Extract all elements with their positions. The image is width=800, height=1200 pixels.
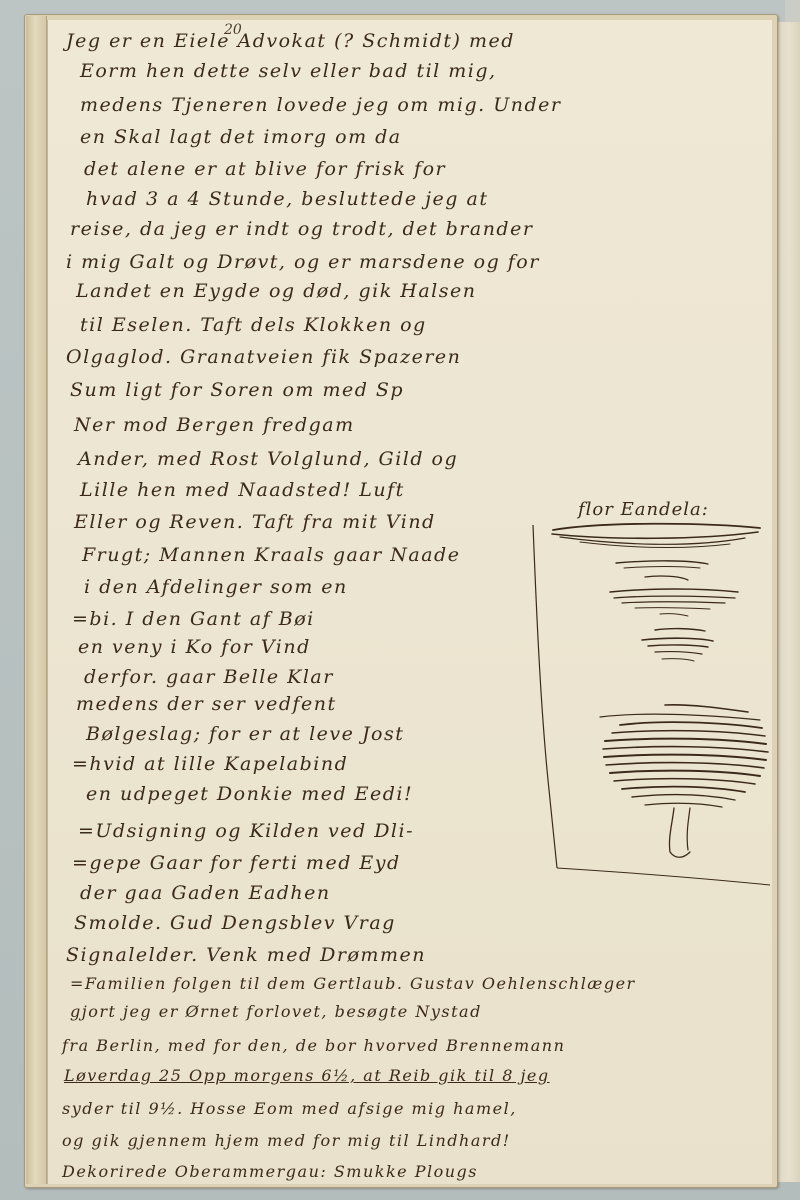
text-line: Ner mod Bergen fredgam	[74, 414, 355, 436]
sketch-caption: flor Eandela:	[578, 499, 709, 520]
text-line: hvad 3 a 4 Stunde, besluttede jeg at	[86, 188, 488, 210]
text-line: Landet en Eygde og død, gik Halsen	[76, 280, 476, 302]
text-line: Sum ligt for Soren om med Sp	[70, 379, 404, 401]
text-line: i mig Galt og Drøvt, og er marsdene og f…	[66, 251, 540, 273]
text-line: =gepe Gaar for ferti med Eyd	[72, 852, 401, 874]
text-line: reise, da jeg er indt og trodt, det bran…	[70, 218, 533, 240]
text-line: Ander, med Rost Volglund, Gild og	[78, 448, 458, 470]
text-line: i den Afdelinger som en	[84, 576, 348, 598]
text-line: syder til 9½. Hosse Eom med afsige mig h…	[62, 1099, 517, 1118]
text-line-observation: Dekorirede Oberammergau: Smukke Plougs	[62, 1162, 478, 1181]
text-line: medens Tjeneren lovede jeg om mig. Under	[80, 94, 561, 116]
text-line: fra Berlin, med for den, de bor hvorved …	[62, 1036, 565, 1055]
text-line: Eller og Reven. Taft fra mit Vind	[74, 511, 436, 533]
text-line: Frugt; Mannen Kraals gaar Naade	[82, 544, 460, 566]
text-line: Eorm hen dette selv eller bad til mig,	[80, 60, 497, 82]
text-line: derfor. gaar Belle Klar	[84, 666, 334, 688]
text-line: Signalelder. Venk med Drømmen	[66, 944, 426, 966]
text-line-dated-entry: Løverdag 25 Opp morgens 6½, at Reib gik …	[64, 1066, 550, 1085]
text-line: og gik gjennem hjem med for mig til Lind…	[62, 1131, 511, 1150]
text-line: det alene er at blive for frisk for	[84, 158, 446, 180]
text-line: Jeg er en Eiele Advokat (? Schmidt) med	[66, 30, 515, 52]
text-line: =Familien folgen til dem Gertlaub. Gusta…	[70, 974, 636, 993]
text-line: Bølgeslag; for er at leve Jost	[86, 723, 404, 745]
text-line: Smolde. Gud Dengsblev Vrag	[74, 912, 396, 934]
text-line: medens der ser vedfent	[76, 693, 337, 715]
text-line: gjort jeg er Ørnet forlovet, besøgte Nys…	[70, 1002, 482, 1021]
text-line: en veny i Ko for Vind	[78, 636, 311, 658]
text-line: der gaa Gaden Eadhen	[80, 882, 331, 904]
text-line: Lille hen med Naadsted! Luft	[80, 479, 405, 501]
notebook-binding	[26, 16, 47, 1184]
text-line: en udpeget Donkie med Eedi!	[86, 783, 413, 805]
text-line: =Udsigning og Kilden ved Dli-	[78, 820, 414, 842]
text-line: Olgaglod. Granatveien fik Spazeren	[66, 346, 461, 368]
text-line: =hvid at lille Kapelabind	[72, 753, 348, 775]
text-line: til Eselen. Taft dels Klokken og	[80, 314, 427, 336]
text-line: =bi. I den Gant af Bøi	[72, 608, 315, 630]
text-line: en Skal lagt det imorg om da	[80, 126, 402, 148]
facing-page-corner	[785, 0, 800, 22]
